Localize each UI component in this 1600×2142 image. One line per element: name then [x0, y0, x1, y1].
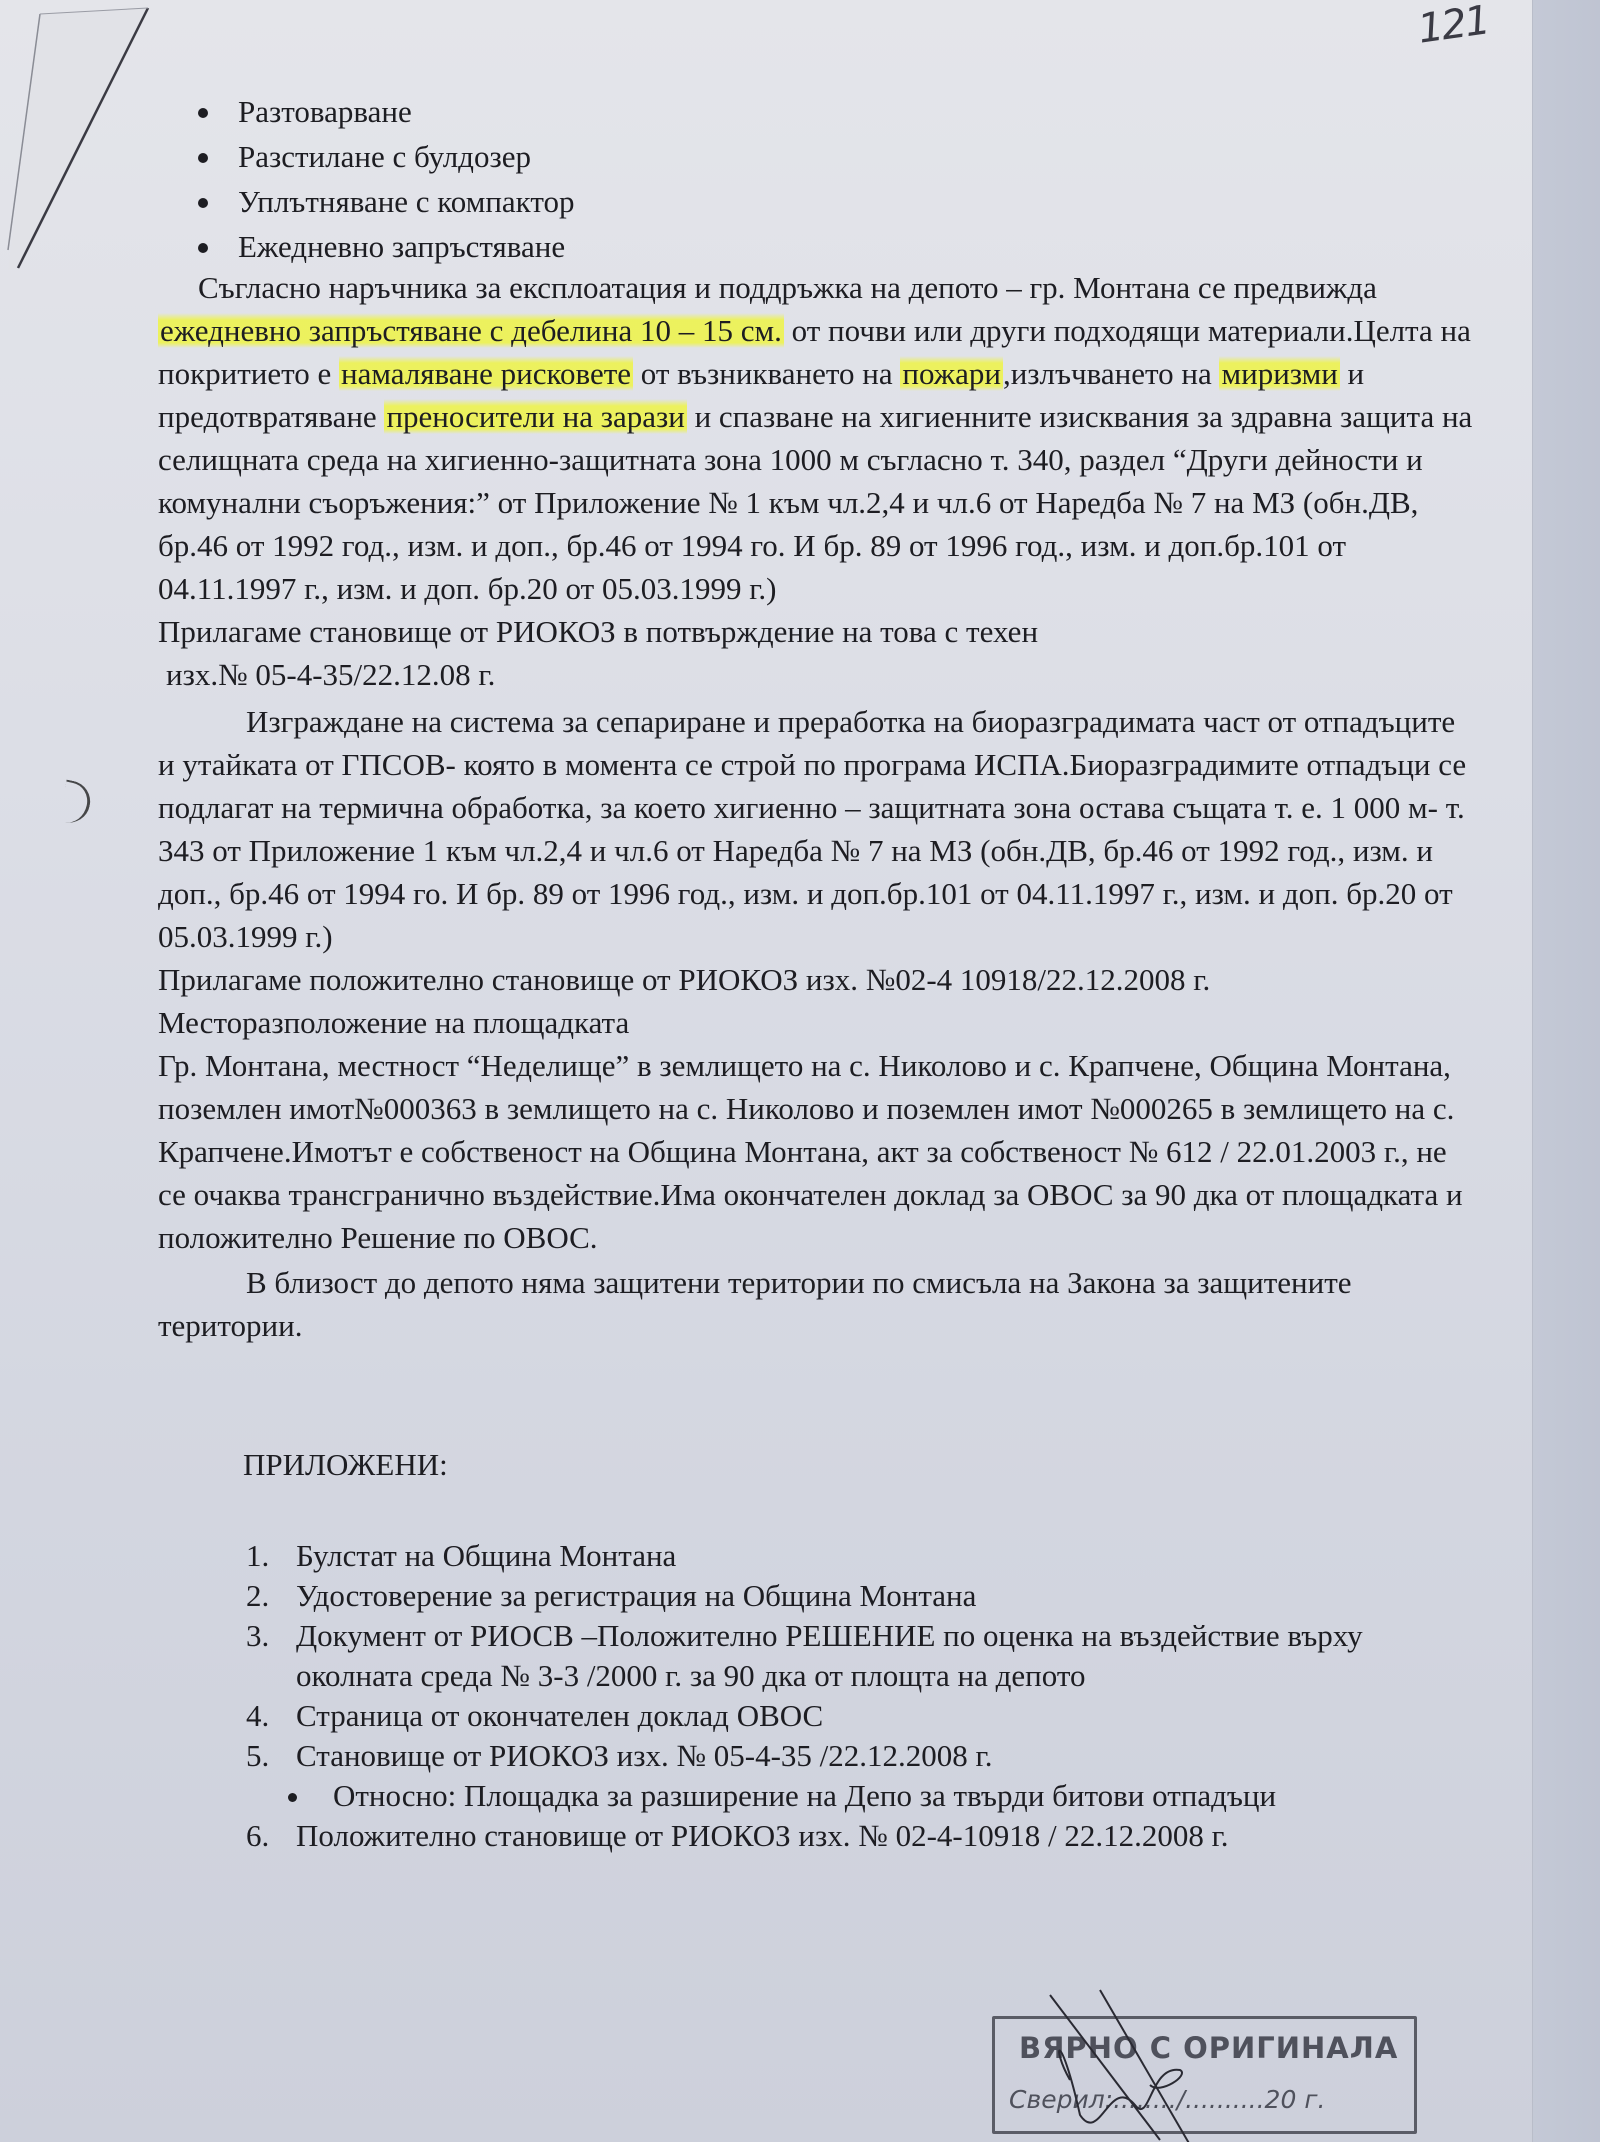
- item-number: 5.: [246, 1736, 269, 1776]
- protected-areas-text: В близост до депото няма защитени терито…: [158, 1261, 1473, 1347]
- certification-stamp: ВЯРНО С ОРИГИНАЛА Сверил:......../......…: [992, 2016, 1417, 2134]
- attachment-item: 2.Удостоверение за регистрация на Община…: [246, 1576, 1473, 1616]
- list-item: Разтоварване: [198, 90, 1473, 135]
- attachment-item: 4.Страница от окончателен доклад ОВОС: [246, 1696, 1473, 1736]
- list-item: Разстилане с булдозер: [198, 135, 1473, 180]
- riokoz-note-line2: изх.№ 05-4-35/22.12.08 г.: [158, 653, 1473, 696]
- paragraph-covering: Съгласно наръчника за експлоатация и под…: [158, 266, 1473, 610]
- text-span: от възникването на: [633, 356, 900, 391]
- highlight: миризми: [1219, 356, 1339, 391]
- background-surface: [1532, 0, 1600, 2142]
- document-body: Разтоварване Разстилане с булдозер Уплът…: [158, 90, 1473, 1856]
- list-item: Ежедневно запръстяване: [198, 225, 1473, 270]
- item-text: Становище от РИОКОЗ изх. № 05-4-35 /22.1…: [296, 1738, 993, 1773]
- item-number: 3.: [246, 1616, 269, 1656]
- attachment-item: 5.Становище от РИОКОЗ изх. № 05-4-35 /22…: [246, 1736, 1473, 1776]
- attachment-item: 1.Булстат на Община Монтана: [246, 1536, 1473, 1576]
- stamp-verified-line: Сверил:......../..........20 г.: [1009, 2085, 1325, 2114]
- item-number: 6.: [246, 1816, 269, 1856]
- highlight: ежедневно запръстяване с дебелина 10 – 1…: [158, 313, 784, 348]
- item-text: Страница от окончателен доклад ОВОС: [296, 1698, 823, 1733]
- riokoz-note-positive: Прилагаме положително становище от РИОКО…: [158, 958, 1473, 1001]
- handwritten-page-number: 121: [1415, 0, 1491, 53]
- attachments-list: 1.Булстат на Община Монтана 2.Удостовере…: [246, 1536, 1473, 1856]
- item-text: Булстат на Община Монтана: [296, 1538, 676, 1573]
- paragraph-separation-system: Изграждане на система за сепариране и пр…: [158, 700, 1473, 958]
- attachments-title: ПРИЛОЖЕНИ:: [243, 1443, 1473, 1486]
- riokoz-note-line1: Прилагаме становище от РИОКОЗ в потвържд…: [158, 610, 1473, 653]
- item-text: Положително становище от РИОКОЗ изх. № 0…: [296, 1818, 1229, 1853]
- location-text: Гр. Монтана, местност “Неделище” в земли…: [158, 1044, 1473, 1259]
- attachment-item: 3.Документ от РИОСВ –Положително РЕШЕНИЕ…: [246, 1616, 1416, 1696]
- item-number: 1.: [246, 1536, 269, 1576]
- text-span: Съгласно наръчника за експлоатация и под…: [198, 270, 1377, 305]
- location-heading: Месторазположение на площадката: [158, 1001, 1473, 1044]
- attachment-sub-item: Относно: Площадка за разширение на Депо …: [246, 1776, 1473, 1816]
- item-number: 4.: [246, 1696, 269, 1736]
- highlight: намаляване рисковете: [339, 356, 633, 391]
- list-item: Уплътняване с компактор: [198, 180, 1473, 225]
- attachment-item: 6.Положително становище от РИОКОЗ изх. №…: [246, 1816, 1473, 1856]
- document-page: 121 Разтоварване Разстилане с булдозер У…: [0, 0, 1532, 2142]
- item-text: Документ от РИОСВ –Положително РЕШЕНИЕ п…: [296, 1618, 1363, 1693]
- highlight: пожари: [900, 356, 1003, 391]
- text-span: ,излъчването на: [1003, 356, 1220, 391]
- operations-list: Разтоварване Разстилане с булдозер Уплът…: [198, 90, 1473, 270]
- item-number: 2.: [246, 1576, 269, 1616]
- folded-corner-mark: [0, 0, 160, 280]
- item-text: Удостоверение за регистрация на Община М…: [296, 1578, 976, 1613]
- stamp-title: ВЯРНО С ОРИГИНАЛА: [1019, 2031, 1398, 2065]
- sub-bullet: Относно: Площадка за разширение на Депо …: [288, 1776, 1473, 1816]
- margin-pen-mark: [58, 780, 94, 827]
- highlight: преносители на зарази: [384, 399, 686, 434]
